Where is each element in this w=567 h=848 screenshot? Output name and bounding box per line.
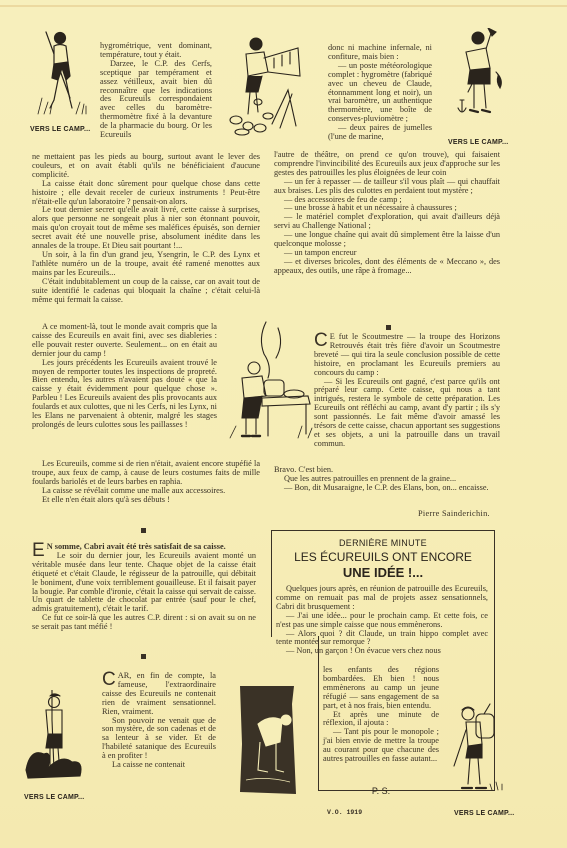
article-col2-top: donc ni machine infernale, ni confiture,… — [328, 44, 432, 142]
box-signature: P. S. — [323, 786, 439, 796]
list-item: — une longue chaîne qui avait dû simplem… — [274, 231, 500, 249]
paragraph: hygrométrique, vent dominant, températur… — [100, 42, 212, 60]
article-section4: CAR, en fin de compte, la fameuse, l'ext… — [102, 672, 216, 770]
article-col1-bottom: Les Ecureuils, comme si de rien n'était,… — [32, 460, 260, 505]
paragraph-lead: E fut le Scoutmestre — la troupe des Hor… — [314, 332, 500, 377]
paragraph: Un soir, à la fin d'un grand jeu, Ysengr… — [32, 251, 260, 278]
page-folio: V.O. 1919 — [327, 809, 362, 816]
scout-forest-illustration — [236, 684, 298, 796]
article-col1-full: ne mettaient pas les pieds au bourg, sur… — [32, 153, 260, 304]
list-item: — le matériel complet d'exploration, qui… — [274, 213, 500, 231]
list-item: — un poste météorologique complet : hygr… — [328, 62, 432, 124]
scout-axe-illustration — [456, 28, 508, 126]
article-col2-section2: CE fut le Scoutmestre — la troupe des Ho… — [314, 333, 500, 449]
paragraph: — Non, un garçon ! On évacue vers chez n… — [276, 647, 488, 656]
article-section3: EN somme, Cabri avait été très satisfait… — [32, 543, 256, 632]
list-item: — deux paires de jumelles (l'une de mari… — [328, 124, 432, 142]
paragraph: l'autre de théâtre, on prend ce qu'on tr… — [274, 151, 500, 178]
scout-bush-illustration — [22, 690, 86, 786]
paragraph: — Tant pis pour le monopole ; j'ai bien … — [323, 728, 439, 764]
box-headline: UNE IDÉE !... — [273, 565, 493, 580]
page-top-edge — [0, 5, 567, 7]
box-body-wide: Quelques jours après, en réunion de patr… — [276, 585, 488, 656]
section-separator — [386, 325, 391, 330]
paragraph: — Si les Ecureuils ont gagné, c'est parc… — [314, 378, 500, 449]
scout-staff-illustration — [36, 28, 88, 118]
paragraph: Quelques jours après, en réunion de patr… — [276, 585, 488, 612]
paragraph-lead: AR, en fin de compte, la fameuse, l'extr… — [102, 671, 216, 716]
paragraph: C'était indubitablement un coup de la ca… — [32, 278, 260, 305]
scout-hiker-illustration — [450, 700, 506, 798]
article-col2-section2-full: Bravo. C'est bien. Que les autres patrou… — [274, 466, 500, 493]
article-col1-mid: A ce moment-là, tout le monde avait comp… — [32, 323, 217, 430]
paragraph: ne mettaient pas les pieds au bourg, sur… — [32, 153, 260, 180]
paragraph: — J'ai une idée... pour le prochain camp… — [276, 612, 488, 630]
box-kicker: DERNIÈRE MINUTE — [273, 538, 493, 548]
paragraph: Et après une minute de réflexion, il ajo… — [323, 711, 439, 729]
paragraph: Le tout dernier secret qu'elle avait liv… — [32, 206, 260, 251]
scout-sawhorse-illustration — [222, 28, 302, 140]
illustration-caption: VERS LE CAMP... — [448, 139, 508, 146]
paragraph-lead: N somme, Cabri avait été très satisfait … — [47, 542, 226, 551]
box-title: LES ÉCUREUILS ONT ENCORE — [273, 550, 493, 564]
drop-cap: E — [32, 543, 45, 559]
paragraph: les enfants des régions bombardées. Eh b… — [323, 666, 439, 711]
illustration-caption: VERS LE CAMP... — [454, 810, 514, 817]
section-separator — [141, 528, 146, 533]
scout-cooking-illustration — [228, 318, 314, 446]
paragraph: Et elle n'en était alors qu'à ses débuts… — [32, 496, 260, 505]
paragraph: La caisse était donc sûrement pour quelq… — [32, 180, 260, 207]
paragraph: A ce moment-là, tout le monde avait comp… — [32, 323, 217, 359]
article-col1-top: hygrométrique, vent dominant, températur… — [100, 42, 212, 140]
magazine-page: VERS LE CAMP... hygrométrique, vent domi… — [0, 0, 567, 848]
list-item: — et diverses bricoles, dont des élément… — [274, 258, 500, 276]
illustration-caption: VERS LE CAMP... — [30, 126, 90, 133]
author-signature: Pierre Sainderichin. — [418, 509, 490, 518]
paragraph: Ce fut ce soir-là que les autres C.P. di… — [32, 614, 256, 632]
drop-cap: C — [314, 333, 328, 349]
section-separator — [141, 654, 146, 659]
paragraph: — Bon, dit Musaraigne, le C.P. des Elans… — [274, 484, 500, 493]
paragraph: Son pouvoir ne venait que de son mystère… — [102, 717, 216, 762]
drop-cap: C — [102, 672, 116, 688]
paragraph: Les Ecureuils, comme si de rien n'était,… — [32, 460, 260, 487]
illustration-caption: VERS LE CAMP... — [24, 794, 84, 801]
article-col2-full: l'autre de théâtre, on prend ce qu'on tr… — [274, 151, 500, 276]
paragraph: La caisse ne contenait — [102, 761, 216, 770]
paragraph: — Alors quoi ? dit Claude, un train hipp… — [276, 630, 488, 648]
paragraph: Le soir du dernier jour, les Ecureuils a… — [32, 552, 256, 614]
box-body-narrow: les enfants des régions bombardées. Eh b… — [323, 666, 439, 764]
paragraph: Darzee, le C.P. des Cerfs, sceptique par… — [100, 60, 212, 140]
list-item: — un fer à repasser — de tailleur s'il v… — [274, 178, 500, 196]
paragraph: Les jours précédents les Ecureuils avaie… — [32, 359, 217, 430]
paragraph: donc ni machine infernale, ni confiture,… — [328, 44, 432, 62]
